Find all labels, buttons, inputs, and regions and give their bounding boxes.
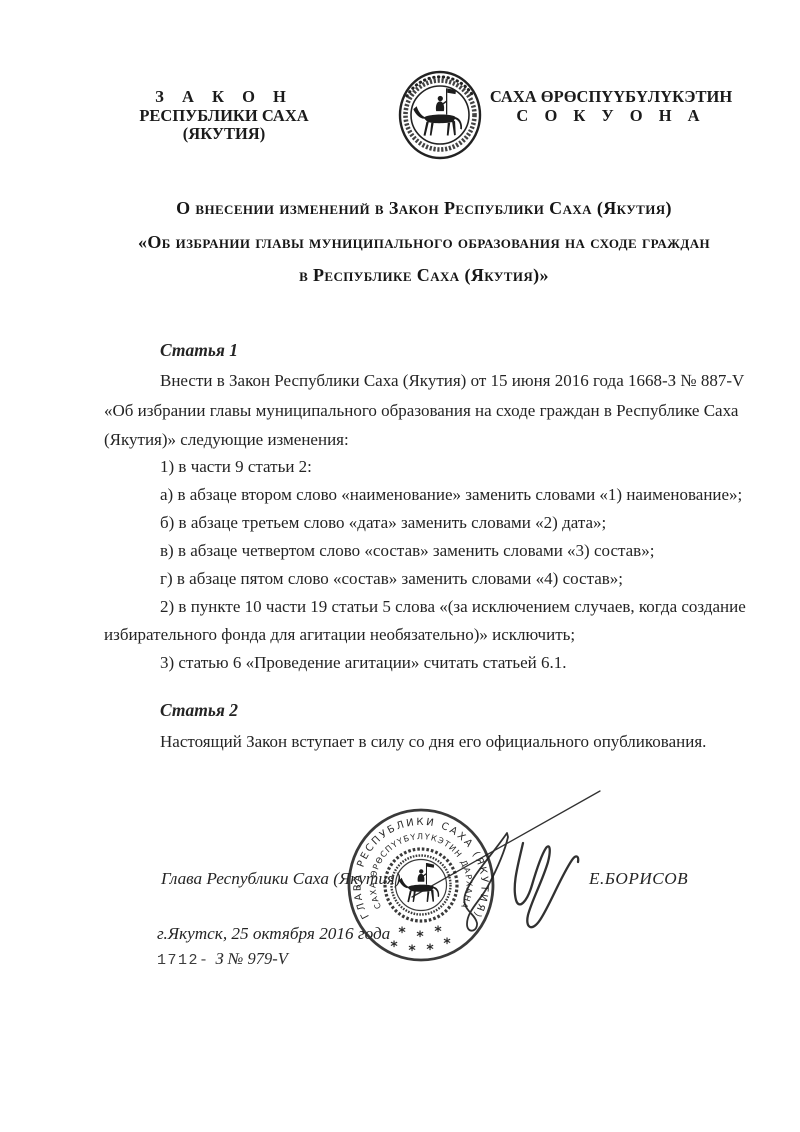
list-item: б) в абзаце третьем слово «дата» заменит… [104, 509, 764, 537]
intro-line: (Якутия)» следующие изменения: [104, 425, 764, 455]
signature-scribble [380, 780, 610, 950]
law-title-line1: О внесении изменений в Закон Республики … [64, 192, 784, 226]
list-item: 2) в пункте 10 части 19 статьи 5 слова «… [104, 593, 764, 621]
article1-intro: Внести в Закон Республики Саха (Якутия) … [104, 366, 764, 455]
list-item: в) в абзаце четвертом слово «состав» зам… [104, 537, 764, 565]
header-left-line2: РЕСПУБЛИКИ САХА (ЯКУТИЯ) [100, 107, 348, 144]
article1-heading: Статья 1 [104, 340, 764, 361]
document-page: З А К О Н РЕСПУБЛИКИ САХА (ЯКУТИЯ) [0, 0, 800, 1132]
header-right-line1: САХА ӨРӨСПҮҮБҮЛҮКЭТИН [486, 88, 736, 107]
list-item: 3) статью 6 «Проведение агитации» считат… [104, 649, 764, 677]
list-item: г) в абзаце пятом слово «состав» заменит… [104, 565, 764, 593]
law-title-line2: «Об избрании главы муниципального образо… [64, 226, 784, 260]
header-left-line1: З А К О Н [100, 88, 348, 107]
article1-items: 1) в части 9 статьи 2: а) в абзаце второ… [104, 453, 764, 677]
law-title: О внесении изменений в Закон Республики … [64, 192, 784, 293]
document-number: 1712-З № 979-V [157, 949, 288, 969]
header-right-line2: С О К У О Н А [486, 107, 736, 126]
document-number-prefix: 1712- [157, 952, 210, 969]
sakha-republic-emblem-icon [398, 70, 482, 160]
header-left-title: З А К О Н РЕСПУБЛИКИ САХА (ЯКУТИЯ) [100, 88, 348, 144]
article2-body: Настоящий Закон вступает в силу со дня е… [104, 727, 764, 756]
header-right-title: САХА ӨРӨСПҮҮБҮЛҮКЭТИН С О К У О Н А [486, 88, 736, 125]
intro-line: Внести в Закон Республики Саха (Якутия) … [104, 366, 764, 396]
intro-line: «Об избрании главы муниципального образо… [104, 396, 764, 426]
law-title-line3: в Республике Саха (Якутия)» [64, 259, 784, 293]
list-item: а) в абзаце втором слово «наименование» … [104, 481, 764, 509]
list-item: 1) в части 9 статьи 2: [104, 453, 764, 481]
document-number-main: З № 979-V [216, 949, 288, 968]
article2-heading: Статья 2 [104, 700, 764, 721]
list-item-wrap: избирательного фонда для агитации необяз… [104, 621, 764, 649]
